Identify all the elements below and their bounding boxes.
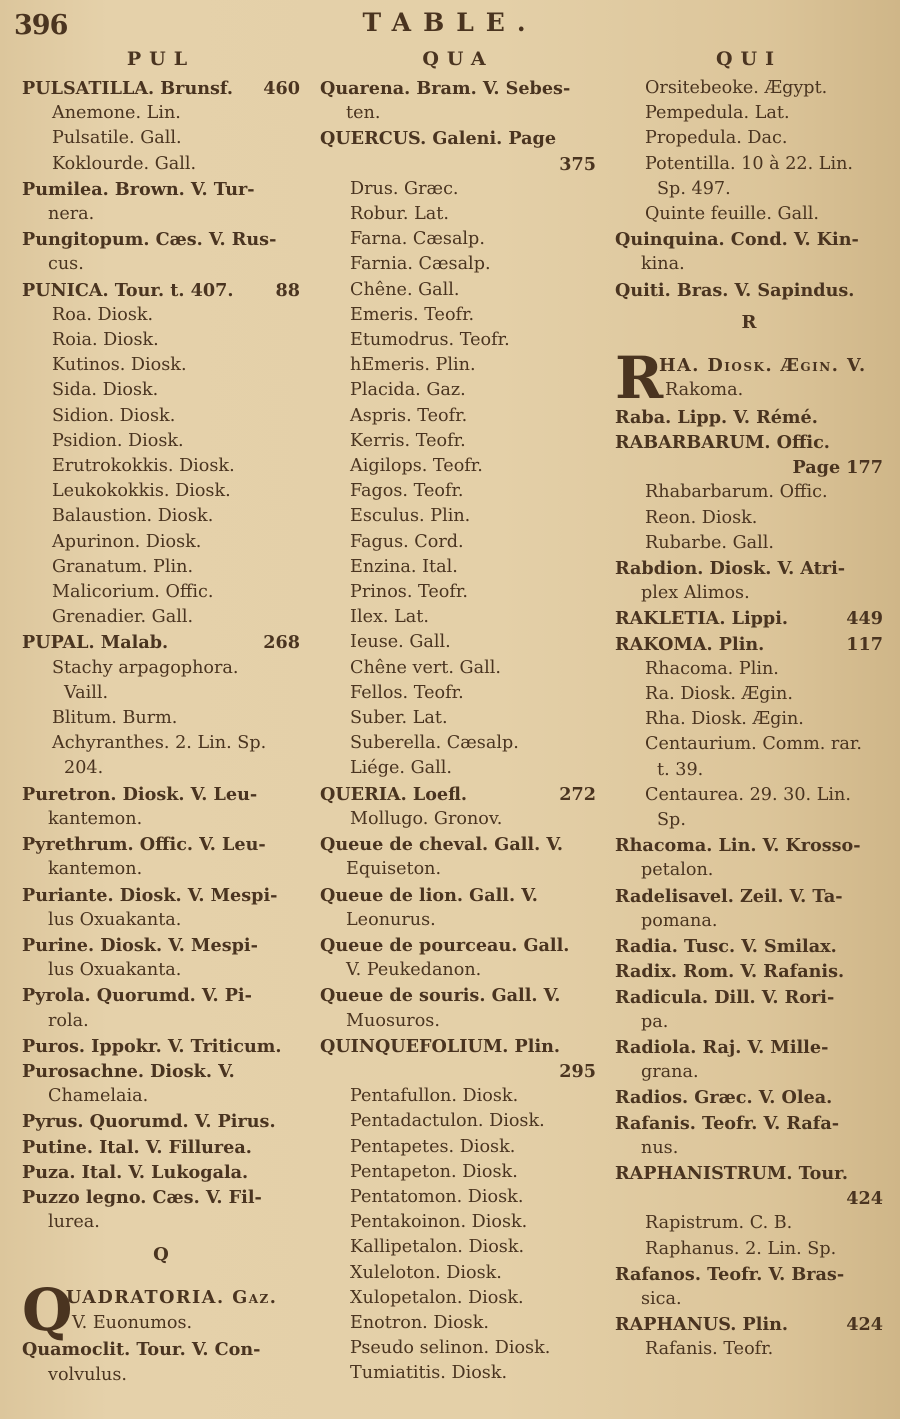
index-entry: Radicula. Dill. V. Rori-pa. [615,985,883,1035]
index-entry: Queue de souris. Gall. V.Muosuros. [320,983,596,1033]
entry-text: Pentafullon. Diosk. [320,1084,596,1109]
sub-entry: Orsitebeoke. Ægypt. [615,76,883,101]
index-entry: Pungitopum. Cæs. V. Rus-cus. [22,227,300,277]
entry-text: Raphanus. 2. Lin. Sp. [615,1237,883,1262]
entry-text: Kutinos. Diosk. [22,353,300,378]
entry-text: HA. Diosk. Ægin. V. [659,353,883,378]
sub-entry: Enotron. Diosk. [320,1311,596,1336]
page-reference: 460 [263,76,300,101]
entry-continuation: sica. [615,1287,883,1312]
entry-continuation: cus. [22,252,300,277]
entry-text: Tumiatitis. Diosk. [320,1361,596,1386]
entry-text: Radelisavel. Zeil. V. Ta- [615,884,883,909]
sub-entry: Anemone. Lin. [22,101,300,126]
entry-text: Blitum. Burm. [22,706,300,731]
sub-entry: Pentafullon. Diosk. [320,1084,596,1109]
entry-text: UADRATORIA. Gaz. [66,1285,300,1310]
entry-text: Kallipetalon. Diosk. [320,1235,596,1260]
entry-text: Radios. Græc. V. Olea. [615,1085,883,1110]
entry-text: Puzzo legno. Cæs. V. Fil- [22,1185,300,1210]
entry-text: RABARBARUM. Offic. [615,430,883,455]
entry-text: Prinos. Teofr. [320,580,596,605]
index-entry: Rafanos. Teofr. V. Bras-sica. [615,1262,883,1312]
column-heading: PUL [22,46,300,76]
entry-text: Fagus. Cord. [320,530,596,555]
sub-entry: Leukokokkis. Diosk. [22,479,300,504]
entry-text: Koklourde. Gall. [22,152,300,177]
index-entry: Pumilea. Brown. V. Tur-nera. [22,177,300,227]
entry-text: Enzina. Ital. [320,555,596,580]
entry-text: Psidion. Diosk. [22,429,300,454]
entry-text: Putine. Ital. V. Fillurea. [22,1135,300,1160]
sub-entry: Fagus. Cord. [320,530,596,555]
entry-continuation: kantemon. [22,857,300,882]
entry-text: Robur. Lat. [320,202,596,227]
index-entry: Pyrola. Quorumd. V. Pi-rola. [22,983,300,1033]
sub-entry: Suberella. Cæsalp. [320,731,596,756]
entry-continuation: lurea. [22,1210,300,1235]
entry-text: Farna. Cæsalp. [320,227,596,252]
entry-text: Farnia. Cæsalp. [320,252,596,277]
index-entry: QUERCUS. Galeni. Page375 [320,126,596,176]
index-entry: Purosachne. Diosk. V.Chamelaia. [22,1059,300,1109]
page-reference: 295 [320,1059,596,1084]
sub-entry: Placida. Gaz. [320,378,596,403]
entry-text: RAKLETIA. Lippi. [615,606,883,631]
entry-text: Pungitopum. Cæs. V. Rus- [22,227,300,252]
entry-text: Enotron. Diosk. [320,1311,596,1336]
index-entry: PULSATILLA. Brunsf.460 [22,76,300,101]
sub-entry: Rha. Diosk. Ægin. [615,707,883,732]
sub-entry: Blitum. Burm. [22,706,300,731]
entry-text: Drus. Græc. [320,177,596,202]
entry-text: Potentilla. 10 à 22. Lin. [615,152,883,177]
sub-entry: Ra. Diosk. Ægin. [615,682,883,707]
entry-continuation: pa. [615,1010,883,1035]
entry-text: Puros. Ippokr. V. Triticum. [22,1034,300,1059]
sub-entry: Quinte feuille. Gall. [615,202,883,227]
entry-continuation: ten. [320,101,596,126]
entry-text: Suberella. Cæsalp. [320,731,596,756]
entry-text: QUERIA. Loefl. [320,782,596,807]
sub-entry: Tumiatitis. Diosk. [320,1361,596,1386]
entry-continuation: nus. [615,1136,883,1161]
index-entry: Puros. Ippokr. V. Triticum. [22,1034,300,1059]
entry-text: hEmeris. Plin. [320,353,596,378]
entry-text: Pentadactulon. Diosk. [320,1109,596,1134]
index-entry: Pyrethrum. Offic. V. Leu-kantemon. [22,832,300,882]
entry-text: Rhacoma. Plin. [615,657,883,682]
sub-entry: Liége. Gall. [320,756,596,781]
index-entry: Quarena. Bram. V. Sebes-ten. [320,76,596,126]
entry-text: Apurinon. Diosk. [22,530,300,555]
sub-entry: Pempedula. Lat. [615,101,883,126]
entry-text: Pumilea. Brown. V. Tur- [22,177,300,202]
index-entry: Radix. Rom. V. Rafanis. [615,959,883,984]
entry-text: Rhacoma. Lin. V. Krosso- [615,833,883,858]
entry-text: Fagos. Teofr. [320,479,596,504]
entry-text: QUERCUS. Galeni. Page [320,126,596,151]
entry-continuation: Sp. 497. [615,177,883,202]
index-column-1: PUL PULSATILLA. Brunsf.460Anemone. Lin.P… [22,46,300,1388]
sub-entry: Kallipetalon. Diosk. [320,1235,596,1260]
page-reference: Page 177 [615,455,883,480]
entry-list: Orsitebeoke. Ægypt.Pempedula. Lat.Proped… [615,76,883,303]
sub-entry: Pulsatile. Gall. [22,126,300,151]
index-entry: Queue de cheval. Gall. V.Equiseton. [320,832,596,882]
index-entry: Radelisavel. Zeil. V. Ta-pomana. [615,884,883,934]
entry-text: Orsitebeoke. Ægypt. [615,76,883,101]
entry-text: Roia. Diosk. [22,328,300,353]
sub-entry: Centaurium. Comm. rar.t. 39. [615,732,883,782]
entry-text: Quinte feuille. Gall. [615,202,883,227]
entry-text: Pentakoinon. Diosk. [320,1210,596,1235]
entry-text: Leukokokkis. Diosk. [22,479,300,504]
sub-entry: Pentakoinon. Diosk. [320,1210,596,1235]
entry-text: Fellos. Teofr. [320,681,596,706]
sub-entry: Pentapeton. Diosk. [320,1160,596,1185]
entry-text: Ilex. Lat. [320,605,596,630]
sub-entry: Rapistrum. C. B. [615,1211,883,1236]
sub-entry: Chêne vert. Gall. [320,656,596,681]
entry-text: Radiola. Raj. V. Mille- [615,1035,883,1060]
entry-text: Esculus. Plin. [320,504,596,529]
dropcap-letter: R [615,349,663,407]
entry-continuation: V. Euonumos. [66,1311,300,1336]
entry-text: Pentatomon. Diosk. [320,1185,596,1210]
entry-text: Granatum. Plin. [22,555,300,580]
sub-entry: Rhacoma. Plin. [615,657,883,682]
sub-entry: Balaustion. Diosk. [22,504,300,529]
entry-continuation: Vaill. [22,681,300,706]
index-entry: RAPHANISTRUM. Tour.424 [615,1161,883,1211]
entry-text: Pyrus. Quorumd. V. Pirus. [22,1109,300,1134]
index-entry: Rhacoma. Lin. V. Krosso-petalon. [615,833,883,883]
index-entry: Purine. Diosk. V. Mespi-lus Oxuakanta. [22,933,300,983]
sub-entry: Drus. Græc. [320,177,596,202]
sub-entry: Centaurea. 29. 30. Lin.Sp. [615,783,883,833]
sub-entry: Psidion. Diosk. [22,429,300,454]
entry-text: Rubarbe. Gall. [615,531,883,556]
dropcap-letter: Q [22,1281,73,1339]
entry-continuation: Leonurus. [320,908,596,933]
column-heading: QUI [615,46,883,76]
entry-list: Quarena. Bram. V. Sebes-ten.QUERCUS. Gal… [320,76,596,1387]
page-reference: 375 [320,152,596,177]
entry-continuation: lus Oxuakanta. [22,908,300,933]
sub-entry: Sidion. Diosk. [22,404,300,429]
entry-text: Rafanis. Teofr. V. Rafa- [615,1111,883,1136]
sub-entry: Pentapetes. Diosk. [320,1135,596,1160]
entry-text: Radix. Rom. V. Rafanis. [615,959,883,984]
sub-entry: Enzina. Ital. [320,555,596,580]
entry-continuation: 204. [22,756,300,781]
index-entry: Quiti. Bras. V. Sapindus. [615,278,883,303]
entry-text: Pseudo selinon. Diosk. [320,1336,596,1361]
index-entry: RABARBARUM. Offic.Page 177 [615,430,883,480]
index-entry: Radia. Tusc. V. Smilax. [615,934,883,959]
entry-text: Pyrethrum. Offic. V. Leu- [22,832,300,857]
page-reference: 268 [263,630,300,655]
entry-text: Xuleloton. Diosk. [320,1261,596,1286]
sub-entry: Xuleloton. Diosk. [320,1261,596,1286]
index-entry: Pyrus. Quorumd. V. Pirus. [22,1109,300,1134]
index-entry: Puriante. Diosk. V. Mespi-lus Oxuakanta. [22,883,300,933]
entry-text: Queue de souris. Gall. V. [320,983,596,1008]
entry-text: Rafanis. Teofr. [615,1337,883,1362]
entry-text: Aigilops. Teofr. [320,454,596,479]
entry-text: Queue de lion. Gall. V. [320,883,596,908]
entry-text: Queue de cheval. Gall. V. [320,832,596,857]
sub-entry: Erutrokokkis. Diosk. [22,454,300,479]
sub-entry: Stachy arpagophora.Vaill. [22,656,300,706]
entry-text: Radia. Tusc. V. Smilax. [615,934,883,959]
index-entry: PUNICA. Tour. t. 407.88 [22,278,300,303]
entry-list: PULSATILLA. Brunsf.460Anemone. Lin.Pulsa… [22,76,300,1235]
sub-entry: Grenadier. Gall. [22,605,300,630]
page-reference: 424 [846,1312,883,1337]
entry-text: Placida. Gaz. [320,378,596,403]
sub-entry: Fellos. Teofr. [320,681,596,706]
sub-entry: Roia. Diosk. [22,328,300,353]
sub-entry: Aspris. Teofr. [320,404,596,429]
sub-entry: Koklourde. Gall. [22,152,300,177]
entry-text: Pulsatile. Gall. [22,126,300,151]
entry-text: Pempedula. Lat. [615,101,883,126]
sub-entry: Granatum. Plin. [22,555,300,580]
entry-text: PUPAL. Malab. [22,630,300,655]
entry-continuation: plex Alimos. [615,581,883,606]
index-entry: QUERIA. Loefl.272 [320,782,596,807]
entry-continuation: pomana. [615,909,883,934]
dropcap-entry: RHA. Diosk. Ægin. V.Rakoma. [615,353,883,405]
entry-text: Purine. Diosk. V. Mespi- [22,933,300,958]
sub-entry: Rubarbe. Gall. [615,531,883,556]
sub-entry: Suber. Lat. [320,706,596,731]
entry-text: Rafanos. Teofr. V. Bras- [615,1262,883,1287]
index-entry: Quamoclit. Tour. V. Con-volvulus. [22,1337,300,1387]
section-entry-list: QUADRATORIA. Gaz.V. Euonumos.Quamoclit. … [22,1285,300,1387]
entry-text: Grenadier. Gall. [22,605,300,630]
entry-text: Emeris. Teofr. [320,303,596,328]
sub-entry: Prinos. Teofr. [320,580,596,605]
entry-text: Quinquina. Cond. V. Kin- [615,227,883,252]
entry-text: Purosachne. Diosk. V. [22,1059,300,1084]
entry-continuation: V. Peukedanon. [320,958,596,983]
index-entry: Rabdion. Diosk. V. Atri-plex Alimos. [615,556,883,606]
entry-text: Suber. Lat. [320,706,596,731]
entry-text: Radicula. Dill. V. Rori- [615,985,883,1010]
sub-entry: Propedula. Dac. [615,126,883,151]
index-entry: Puzzo legno. Cæs. V. Fil-lurea. [22,1185,300,1235]
page-reference: 424 [615,1186,883,1211]
entry-text: Mollugo. Gronov. [320,807,596,832]
dropcap-entry: QUADRATORIA. Gaz.V. Euonumos. [22,1285,300,1337]
index-entry: RAPHANUS. Plin.424 [615,1312,883,1337]
sub-entry: Raphanus. 2. Lin. Sp. [615,1237,883,1262]
entry-text: Rabdion. Diosk. V. Atri- [615,556,883,581]
index-entry: Raba. Lipp. V. Rémé. [615,405,883,430]
entry-continuation: grana. [615,1060,883,1085]
sub-entry: Rafanis. Teofr. [615,1337,883,1362]
index-entry: RAKOMA. Plin.117 [615,632,883,657]
sub-entry: Mollugo. Gronov. [320,807,596,832]
sub-entry: hEmeris. Plin. [320,353,596,378]
entry-text: Puretron. Diosk. V. Leu- [22,782,300,807]
entry-text: Etumodrus. Teofr. [320,328,596,353]
index-entry: Radiola. Raj. V. Mille-grana. [615,1035,883,1085]
entry-continuation: lus Oxuakanta. [22,958,300,983]
running-title: TABLE. [0,8,900,37]
entry-text: Ieuse. Gall. [320,630,596,655]
entry-continuation: Equiseton. [320,857,596,882]
entry-text: Chêne. Gall. [320,278,596,303]
entry-text: Centaurea. 29. 30. Lin. [615,783,883,808]
page-reference: 449 [846,606,883,631]
index-column-3: QUI Orsitebeoke. Ægypt.Pempedula. Lat.Pr… [615,46,883,1363]
entry-text: Balaustion. Diosk. [22,504,300,529]
entry-text: Stachy arpagophora. [22,656,300,681]
page-reference: 272 [559,782,596,807]
sub-entry: Ieuse. Gall. [320,630,596,655]
sub-entry: Reon. Diosk. [615,506,883,531]
entry-text: RAPHANUS. Plin. [615,1312,883,1337]
sub-entry: Roa. Diosk. [22,303,300,328]
entry-text: Pentapetes. Diosk. [320,1135,596,1160]
entry-text: Queue de pourceau. Gall. [320,933,596,958]
index-entry: Puretron. Diosk. V. Leu-kantemon. [22,782,300,832]
entry-text: Propedula. Dac. [615,126,883,151]
sub-entry: Pentadactulon. Diosk. [320,1109,596,1134]
entry-continuation: kina. [615,252,883,277]
sub-entry: Robur. Lat. [320,202,596,227]
sub-entry: Chêne. Gall. [320,278,596,303]
entry-text: Puza. Ital. V. Lukogala. [22,1160,300,1185]
index-entry: Radios. Græc. V. Olea. [615,1085,883,1110]
entry-text: Centaurium. Comm. rar. [615,732,883,757]
entry-text: RAKOMA. Plin. [615,632,883,657]
entry-continuation: Chamelaia. [22,1084,300,1109]
sub-entry: Sida. Diosk. [22,378,300,403]
page-reference: 88 [276,278,300,303]
entry-text: Sidion. Diosk. [22,404,300,429]
sub-entry: Achyranthes. 2. Lin. Sp.204. [22,731,300,781]
page-reference: 117 [846,632,883,657]
sub-entry: Malicorium. Offic. [22,580,300,605]
index-entry: RAKLETIA. Lippi.449 [615,606,883,631]
entry-text: Rapistrum. C. B. [615,1211,883,1236]
entry-text: Aspris. Teofr. [320,404,596,429]
sub-entry: Farna. Cæsalp. [320,227,596,252]
entry-continuation: nera. [22,202,300,227]
entry-text: Quamoclit. Tour. V. Con- [22,1337,300,1362]
sub-entry: Emeris. Teofr. [320,303,596,328]
entry-text: Malicorium. Offic. [22,580,300,605]
entry-text: PUNICA. Tour. t. 407. [22,278,300,303]
entry-text: Sida. Diosk. [22,378,300,403]
entry-continuation: volvulus. [22,1363,300,1388]
entry-text: Raba. Lipp. V. Rémé. [615,405,883,430]
entry-text: Liége. Gall. [320,756,596,781]
entry-continuation: Rakoma. [659,378,883,403]
section-entry-list: RHA. Diosk. Ægin. V.Rakoma.Raba. Lipp. V… [615,353,883,1363]
index-entry: Queue de lion. Gall. V.Leonurus. [320,883,596,933]
entry-text: Anemone. Lin. [22,101,300,126]
index-entry: PUPAL. Malab.268 [22,630,300,655]
sub-entry: Rhabarbarum. Offic. [615,480,883,505]
sub-entry: Pentatomon. Diosk. [320,1185,596,1210]
index-entry: Puza. Ital. V. Lukogala. [22,1160,300,1185]
sub-entry: Potentilla. 10 à 22. Lin.Sp. 497. [615,152,883,202]
column-heading: QUA [320,46,596,76]
entry-text: PULSATILLA. Brunsf. [22,76,300,101]
sub-entry: Farnia. Cæsalp. [320,252,596,277]
sub-entry: Kutinos. Diosk. [22,353,300,378]
entry-continuation: petalon. [615,858,883,883]
entry-continuation: Muosuros. [320,1009,596,1034]
index-entry: QUINQUEFOLIUM. Plin.295 [320,1034,596,1084]
entry-continuation: Sp. [615,808,883,833]
entry-text: Achyranthes. 2. Lin. Sp. [22,731,300,756]
entry-continuation: rola. [22,1009,300,1034]
sub-entry: Aigilops. Teofr. [320,454,596,479]
entry-text: Rha. Diosk. Ægin. [615,707,883,732]
entry-text: Ra. Diosk. Ægin. [615,682,883,707]
entry-text: Puriante. Diosk. V. Mespi- [22,883,300,908]
entry-text: QUINQUEFOLIUM. Plin. [320,1034,596,1059]
entry-text: Kerris. Teofr. [320,429,596,454]
entry-text: Xulopetalon. Diosk. [320,1286,596,1311]
entry-text: Erutrokokkis. Diosk. [22,454,300,479]
index-entry: Rafanis. Teofr. V. Rafa-nus. [615,1111,883,1161]
sub-entry: Apurinon. Diosk. [22,530,300,555]
entry-text: Roa. Diosk. [22,303,300,328]
index-entry: Quinquina. Cond. V. Kin-kina. [615,227,883,277]
sub-entry: Pseudo selinon. Diosk. [320,1336,596,1361]
entry-continuation: kantemon. [22,807,300,832]
index-entry: Queue de pourceau. Gall.V. Peukedanon. [320,933,596,983]
sub-entry: Xulopetalon. Diosk. [320,1286,596,1311]
sub-entry: Esculus. Plin. [320,504,596,529]
entry-text: Quarena. Bram. V. Sebes- [320,76,596,101]
sub-entry: Etumodrus. Teofr. [320,328,596,353]
index-entry: Putine. Ital. V. Fillurea. [22,1135,300,1160]
entry-text: Pentapeton. Diosk. [320,1160,596,1185]
entry-text: Rhabarbarum. Offic. [615,480,883,505]
entry-text: RAPHANISTRUM. Tour. [615,1161,883,1186]
sub-entry: Kerris. Teofr. [320,429,596,454]
entry-text: Chêne vert. Gall. [320,656,596,681]
entry-text: Quiti. Bras. V. Sapindus. [615,278,883,303]
sub-entry: Fagos. Teofr. [320,479,596,504]
sub-entry: Ilex. Lat. [320,605,596,630]
index-column-2: QUA Quarena. Bram. V. Sebes-ten.QUERCUS.… [320,46,596,1387]
entry-continuation: t. 39. [615,758,883,783]
entry-text: Pyrola. Quorumd. V. Pi- [22,983,300,1008]
entry-text: Reon. Diosk. [615,506,883,531]
